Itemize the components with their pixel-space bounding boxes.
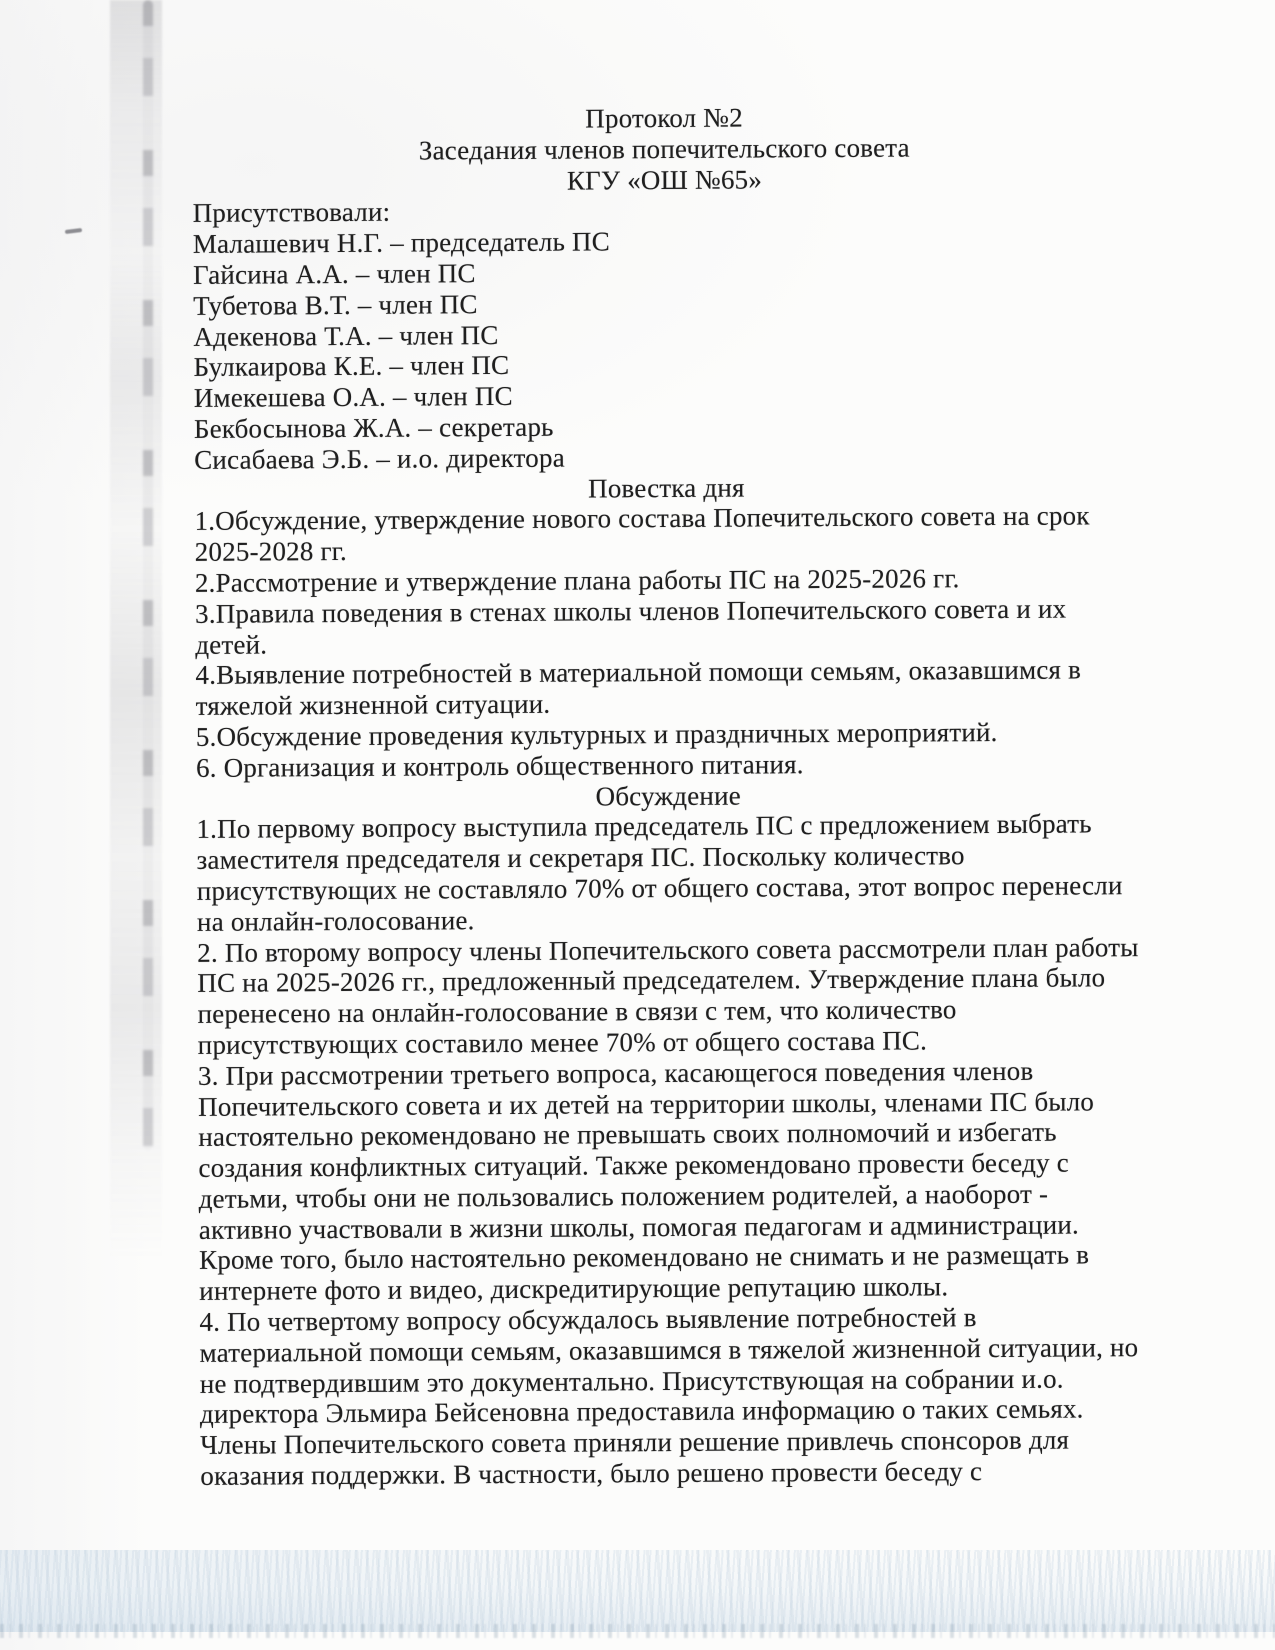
discussion-paragraph: 3. При рассмотрении третьего вопроса, ка… — [198, 1055, 1143, 1307]
discussion-paragraph: 4. По четвертому вопросу обсуждалось выя… — [199, 1301, 1144, 1492]
discussion-paragraph: 1.По первому вопросу выступила председат… — [196, 808, 1141, 937]
scan-artifact-dash-mark — [65, 228, 82, 234]
discussion-paragraph: 2. По второму вопросу члены Попечительск… — [197, 932, 1142, 1061]
scan-artifact-left-streak-band — [110, 0, 162, 1260]
scan-artifact-left-streak-core — [143, 0, 153, 1150]
scan-artifact-bottom-speckle-row — [0, 1624, 1275, 1638]
agenda-item: 4.Выявление потребностей в материальной … — [195, 654, 1139, 721]
scanned-document-page: Протокол №2 Заседания членов попечительс… — [0, 0, 1275, 1650]
document-content: Протокол №2 Заседания членов попечительс… — [192, 100, 1144, 1492]
agenda-item: 3.Правила поведения в стенах школы члено… — [195, 593, 1139, 660]
agenda-item: 1.Обсуждение, утверждение нового состава… — [194, 500, 1138, 567]
scan-artifact-bottom-noise — [0, 1550, 1275, 1632]
